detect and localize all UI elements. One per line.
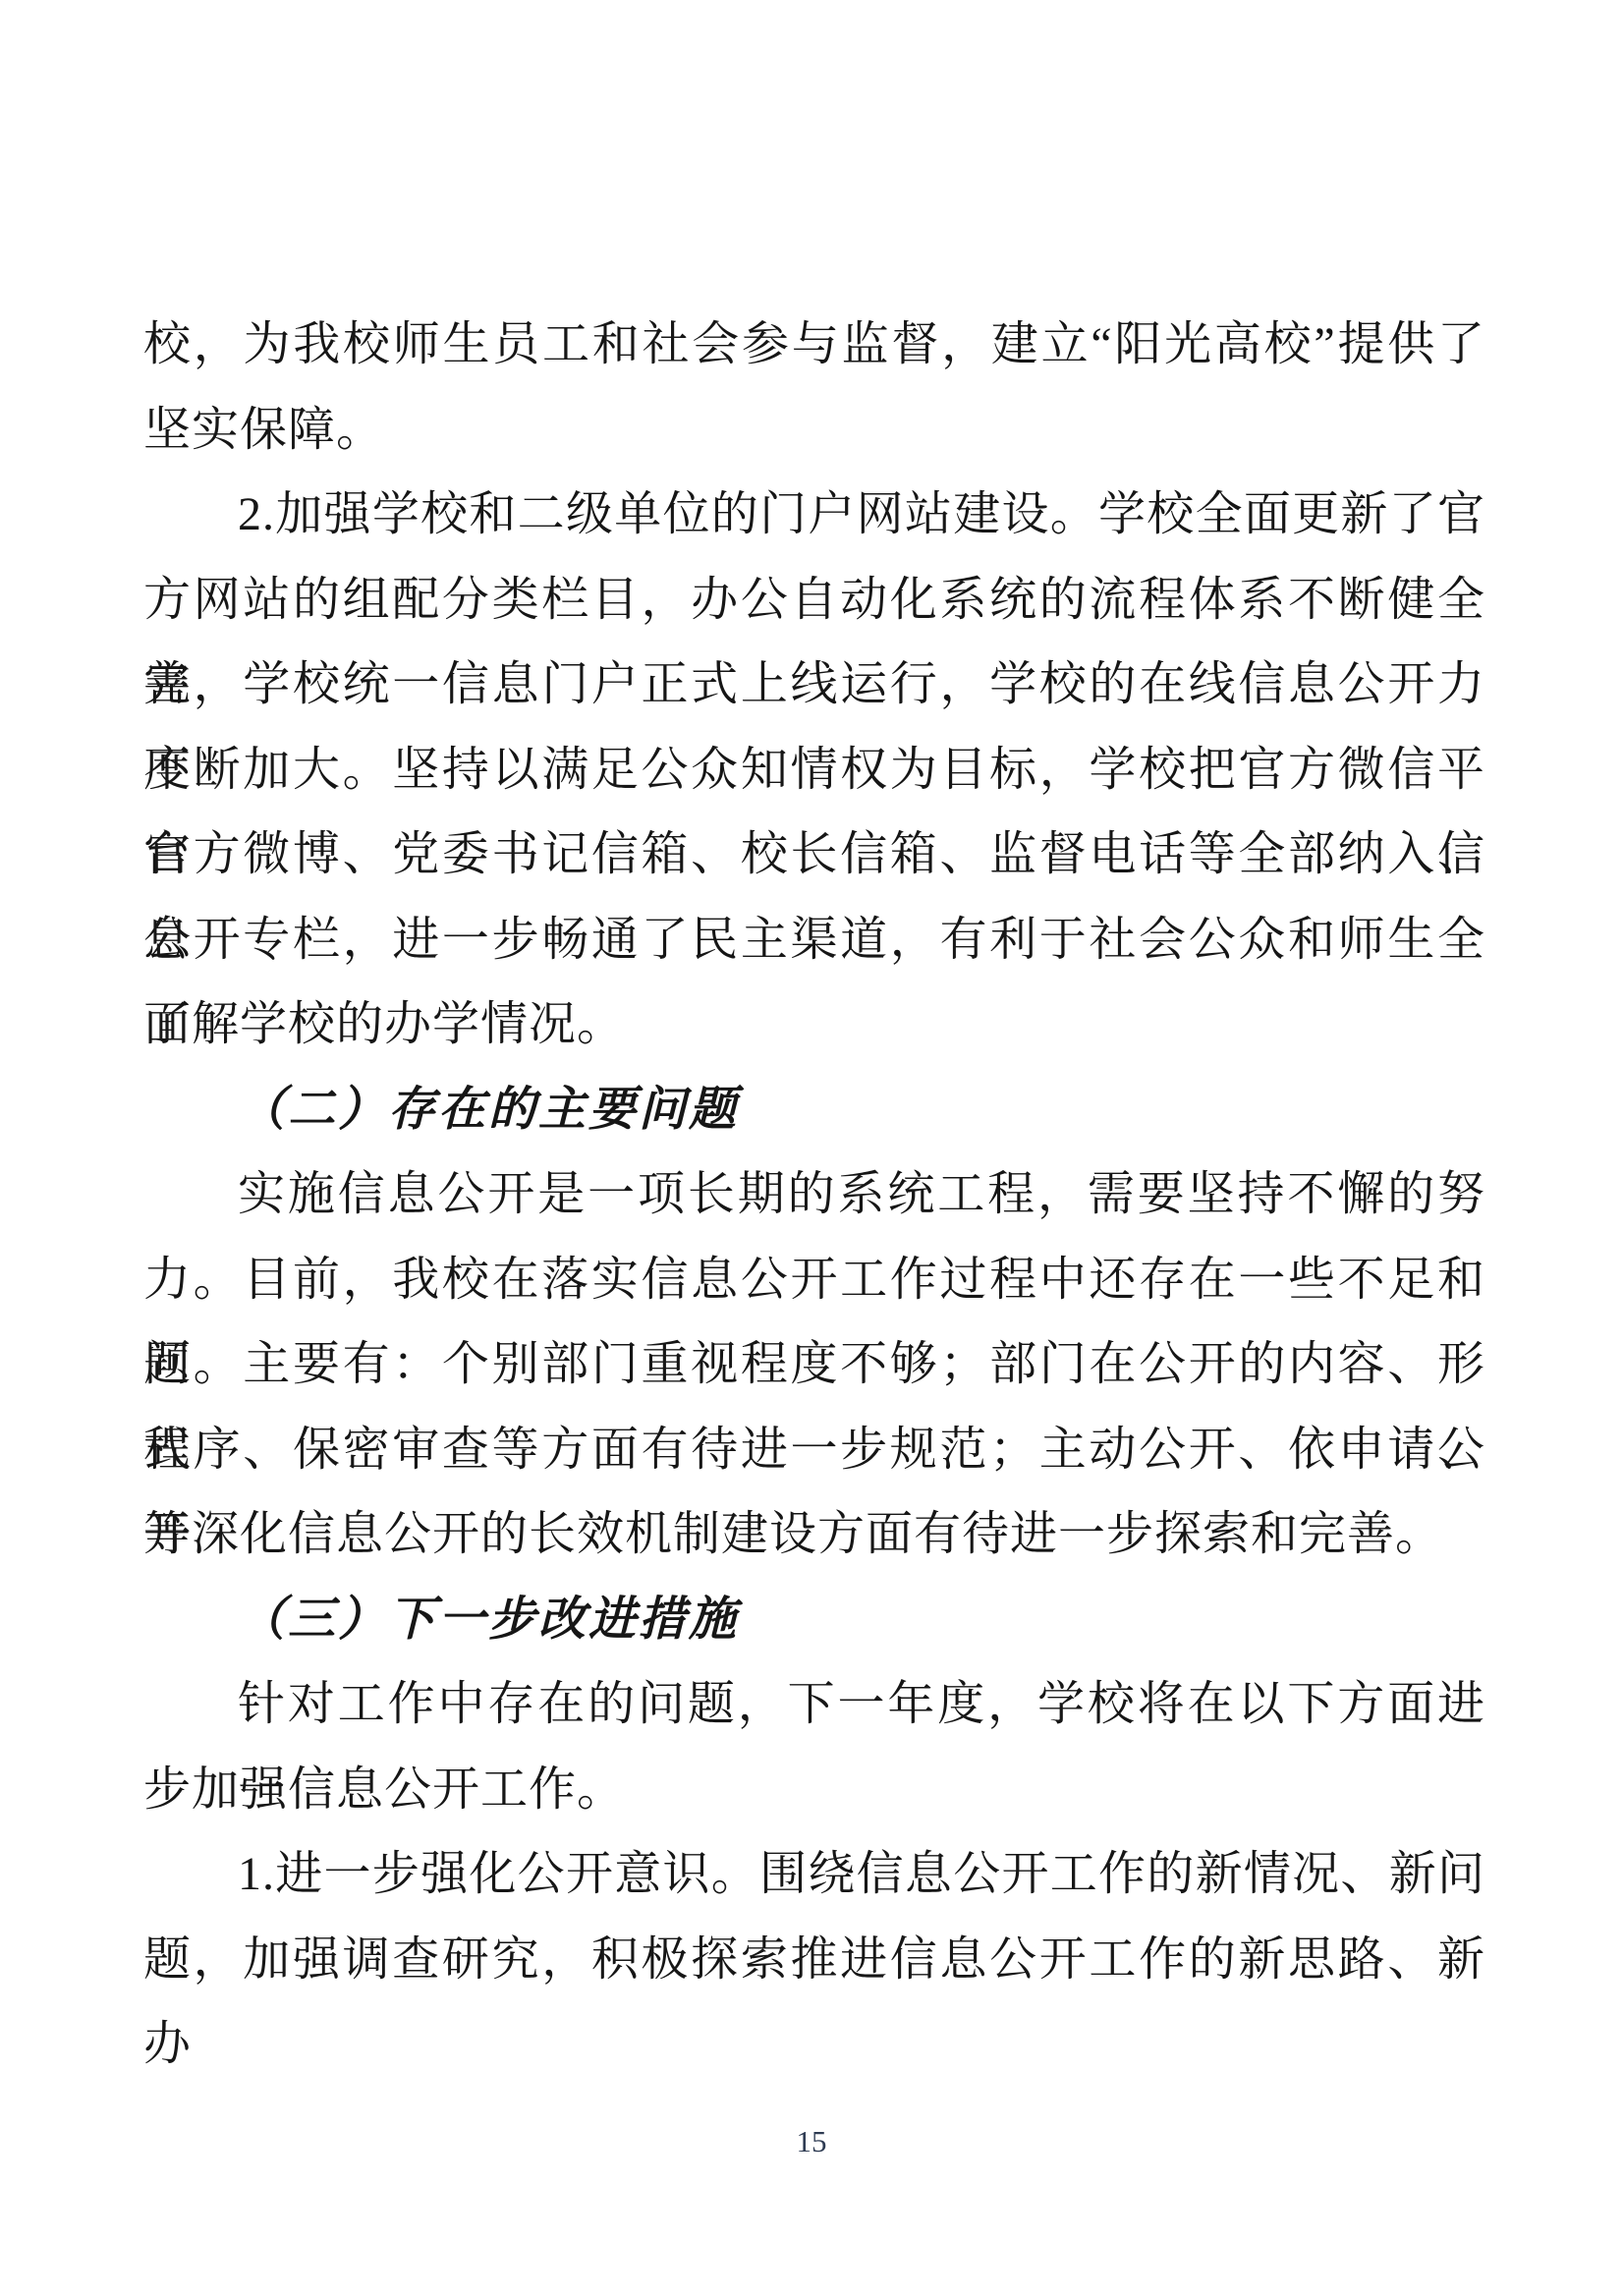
text-line: 官方微博、党委书记信箱、校长信箱、监督电话等全部纳入信息 — [143, 812, 1485, 898]
text-line: 坚实保障。 — [143, 388, 1485, 474]
text-line: 力。目前，我校在落实信息公开工作过程中还存在一些不足和问 — [143, 1238, 1485, 1323]
text-line: 善，学校统一信息门户正式上线运行，学校的在线信息公开力度 — [143, 643, 1485, 728]
text-line: 实施信息公开是一项长期的系统工程，需要坚持不懈的努 — [143, 1152, 1485, 1238]
text-line: 针对工作中存在的问题，下一年度，学校将在以下方面进一 — [143, 1662, 1485, 1748]
document-body: 校，为我校师生员工和社会参与监督，建立“阳光高校”提供了 坚实保障。 2.加强学… — [143, 303, 1485, 2002]
text-line: 题。主要有：个别部门重视程度不够；部门在公开的内容、形式、 — [143, 1322, 1485, 1408]
section-heading-next-steps: （三）下一步改进措施 — [143, 1578, 1485, 1663]
text-line: 等深化信息公开的长效机制建设方面有待进一步探索和完善。 — [143, 1492, 1485, 1578]
text-line: 1.进一步强化公开意识。围绕信息公开工作的新情况、新问 — [143, 1832, 1485, 1918]
text-line: 校，为我校师生员工和社会参与监督，建立“阳光高校”提供了 — [143, 303, 1485, 388]
text-line: 了解学校的办学情况。 — [143, 982, 1485, 1068]
text-line: 不断加大。坚持以满足公众知情权为目标，学校把官方微信平台、 — [143, 728, 1485, 813]
section-heading-problems: （二）存在的主要问题 — [143, 1068, 1485, 1153]
text-line: 2.加强学校和二级单位的门户网站建设。学校全面更新了官 — [143, 473, 1485, 558]
text-line: 方网站的组配分类栏目，办公自动化系统的流程体系不断健全完 — [143, 558, 1485, 644]
text-line: 步加强信息公开工作。 — [143, 1748, 1485, 1833]
text-line: 题，加强调查研究，积极探索推进信息公开工作的新思路、新办 — [143, 1918, 1485, 2003]
document-page: 校，为我校师生员工和社会参与监督，建立“阳光高校”提供了 坚实保障。 2.加强学… — [0, 0, 1623, 2296]
page-number: 15 — [0, 2122, 1623, 2161]
text-line: 公开专栏，进一步畅通了民主渠道，有利于社会公众和师生全面 — [143, 898, 1485, 983]
text-line: 程序、保密审查等方面有待进一步规范；主动公开、依申请公开 — [143, 1408, 1485, 1493]
